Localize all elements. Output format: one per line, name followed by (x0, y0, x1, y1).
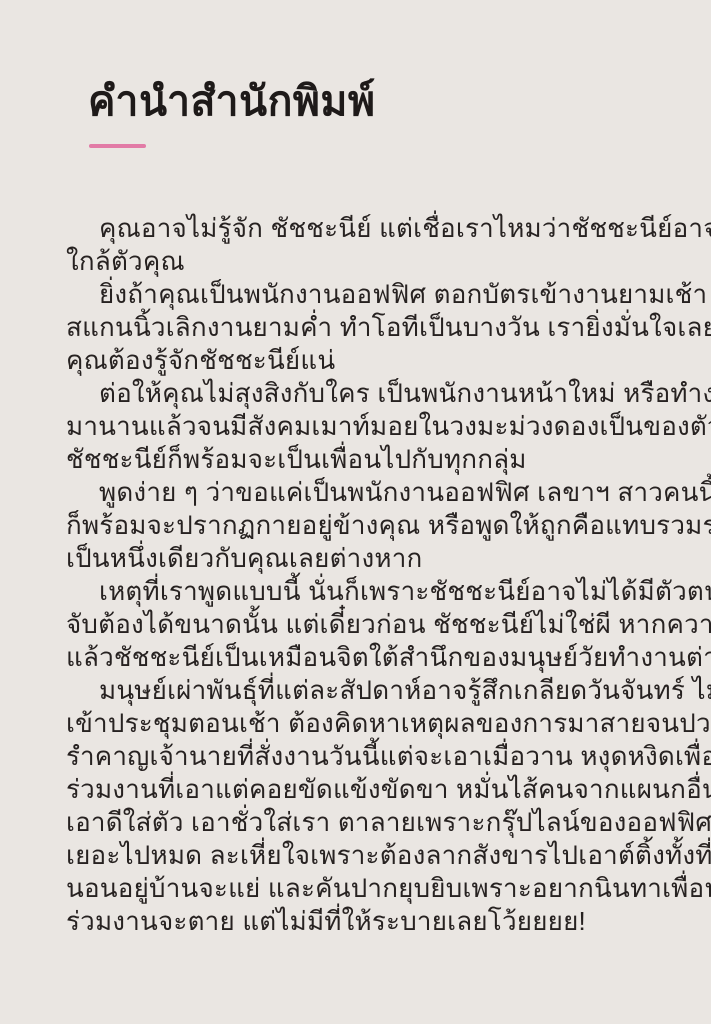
text-line: มานานแล้วจนมีสังคมเมาท์มอยในวงมะม่วงดองเ… (66, 410, 586, 443)
text-line: เหตุที่เราพูดแบบนี้ นั่นก็เพราะชัชชะนีย์… (66, 575, 586, 608)
title-accent-rule (89, 144, 146, 148)
text-line: คุณต้องรู้จักชัชชะนีย์แน่ (66, 344, 586, 377)
book-page: คำนำสำนักพิมพ์ คุณอาจไม่รู้จัก ชัชชะนีย์… (0, 0, 711, 1024)
page-title: คำนำสำนักพิมพ์ (88, 78, 375, 125)
paragraph: พูดง่าย ๆ ว่าขอแค่เป็นพนักงานออฟฟิศ เลขา… (66, 476, 586, 575)
text-line: คุณอาจไม่รู้จัก ชัชชะนีย์ แต่เชื่อเราไหม… (66, 212, 586, 245)
paragraph: ยิ่งถ้าคุณเป็นพนักงานออฟฟิศ ตอกบัตรเข้าง… (66, 278, 586, 377)
text-line: ร่วมงานจะตาย แต่ไม่มีที่ให้ระบายเลยโว้ยย… (66, 905, 586, 938)
paragraph: เหตุที่เราพูดแบบนี้ นั่นก็เพราะชัชชะนีย์… (66, 575, 586, 674)
text-line: รำคาญเจ้านายที่สั่งงานวันนี้แต่จะเอาเมื่… (66, 740, 586, 773)
text-line: จับต้องได้ขนาดนั้น แต่เดี๋ยวก่อน ชัชชะนี… (66, 608, 586, 641)
text-line: ร่วมงานที่เอาแต่คอยขัดแข้งขัดขา หมั่นไส้… (66, 773, 586, 806)
text-line: สแกนนิ้วเลิกงานยามค่ำ ทำโอทีเป็นบางวัน เ… (66, 311, 586, 344)
text-line: เอาดีใส่ตัว เอาชั่วใส่เรา ตาลายเพราะกรุ๊… (66, 806, 586, 839)
paragraph: มนุษย์เผ่าพันธุ์ที่แต่ละสัปดาห์อาจรู้สึก… (66, 674, 586, 938)
text-line: ต่อให้คุณไม่สุงสิงกับใคร เป็นพนักงานหน้า… (66, 377, 586, 410)
paragraph: ต่อให้คุณไม่สุงสิงกับใคร เป็นพนักงานหน้า… (66, 377, 586, 476)
text-line: นอนอยู่บ้านจะแย่ และคันปากยุบยิบเพราะอยา… (66, 872, 586, 905)
text-line: เยอะไปหมด ละเหี่ยใจเพราะต้องลากสังขารไปเ… (66, 839, 586, 872)
preface-body-text: คุณอาจไม่รู้จัก ชัชชะนีย์ แต่เชื่อเราไหม… (66, 212, 586, 938)
text-line: เข้าประชุมตอนเช้า ต้องคิดหาเหตุผลของการม… (66, 707, 586, 740)
text-line: แล้วชัชชะนีย์เป็นเหมือนจิตใต้สำนึกของมนุ… (66, 641, 586, 674)
text-line: พูดง่าย ๆ ว่าขอแค่เป็นพนักงานออฟฟิศ เลขา… (66, 476, 586, 509)
text-line: เป็นหนึ่งเดียวกับคุณเลยต่างหาก (66, 542, 586, 575)
text-line: มนุษย์เผ่าพันธุ์ที่แต่ละสัปดาห์อาจรู้สึก… (66, 674, 586, 707)
text-line: ใกล้ตัวคุณ (66, 245, 586, 278)
paragraph: คุณอาจไม่รู้จัก ชัชชะนีย์ แต่เชื่อเราไหม… (66, 212, 586, 278)
text-line: ก็พร้อมจะปรากฏกายอยู่ข้างคุณ หรือพูดให้ถ… (66, 509, 586, 542)
text-line: ยิ่งถ้าคุณเป็นพนักงานออฟฟิศ ตอกบัตรเข้าง… (66, 278, 586, 311)
text-line: ชัชชะนีย์ก็พร้อมจะเป็นเพื่อนไปกับทุกกลุ่… (66, 443, 586, 476)
